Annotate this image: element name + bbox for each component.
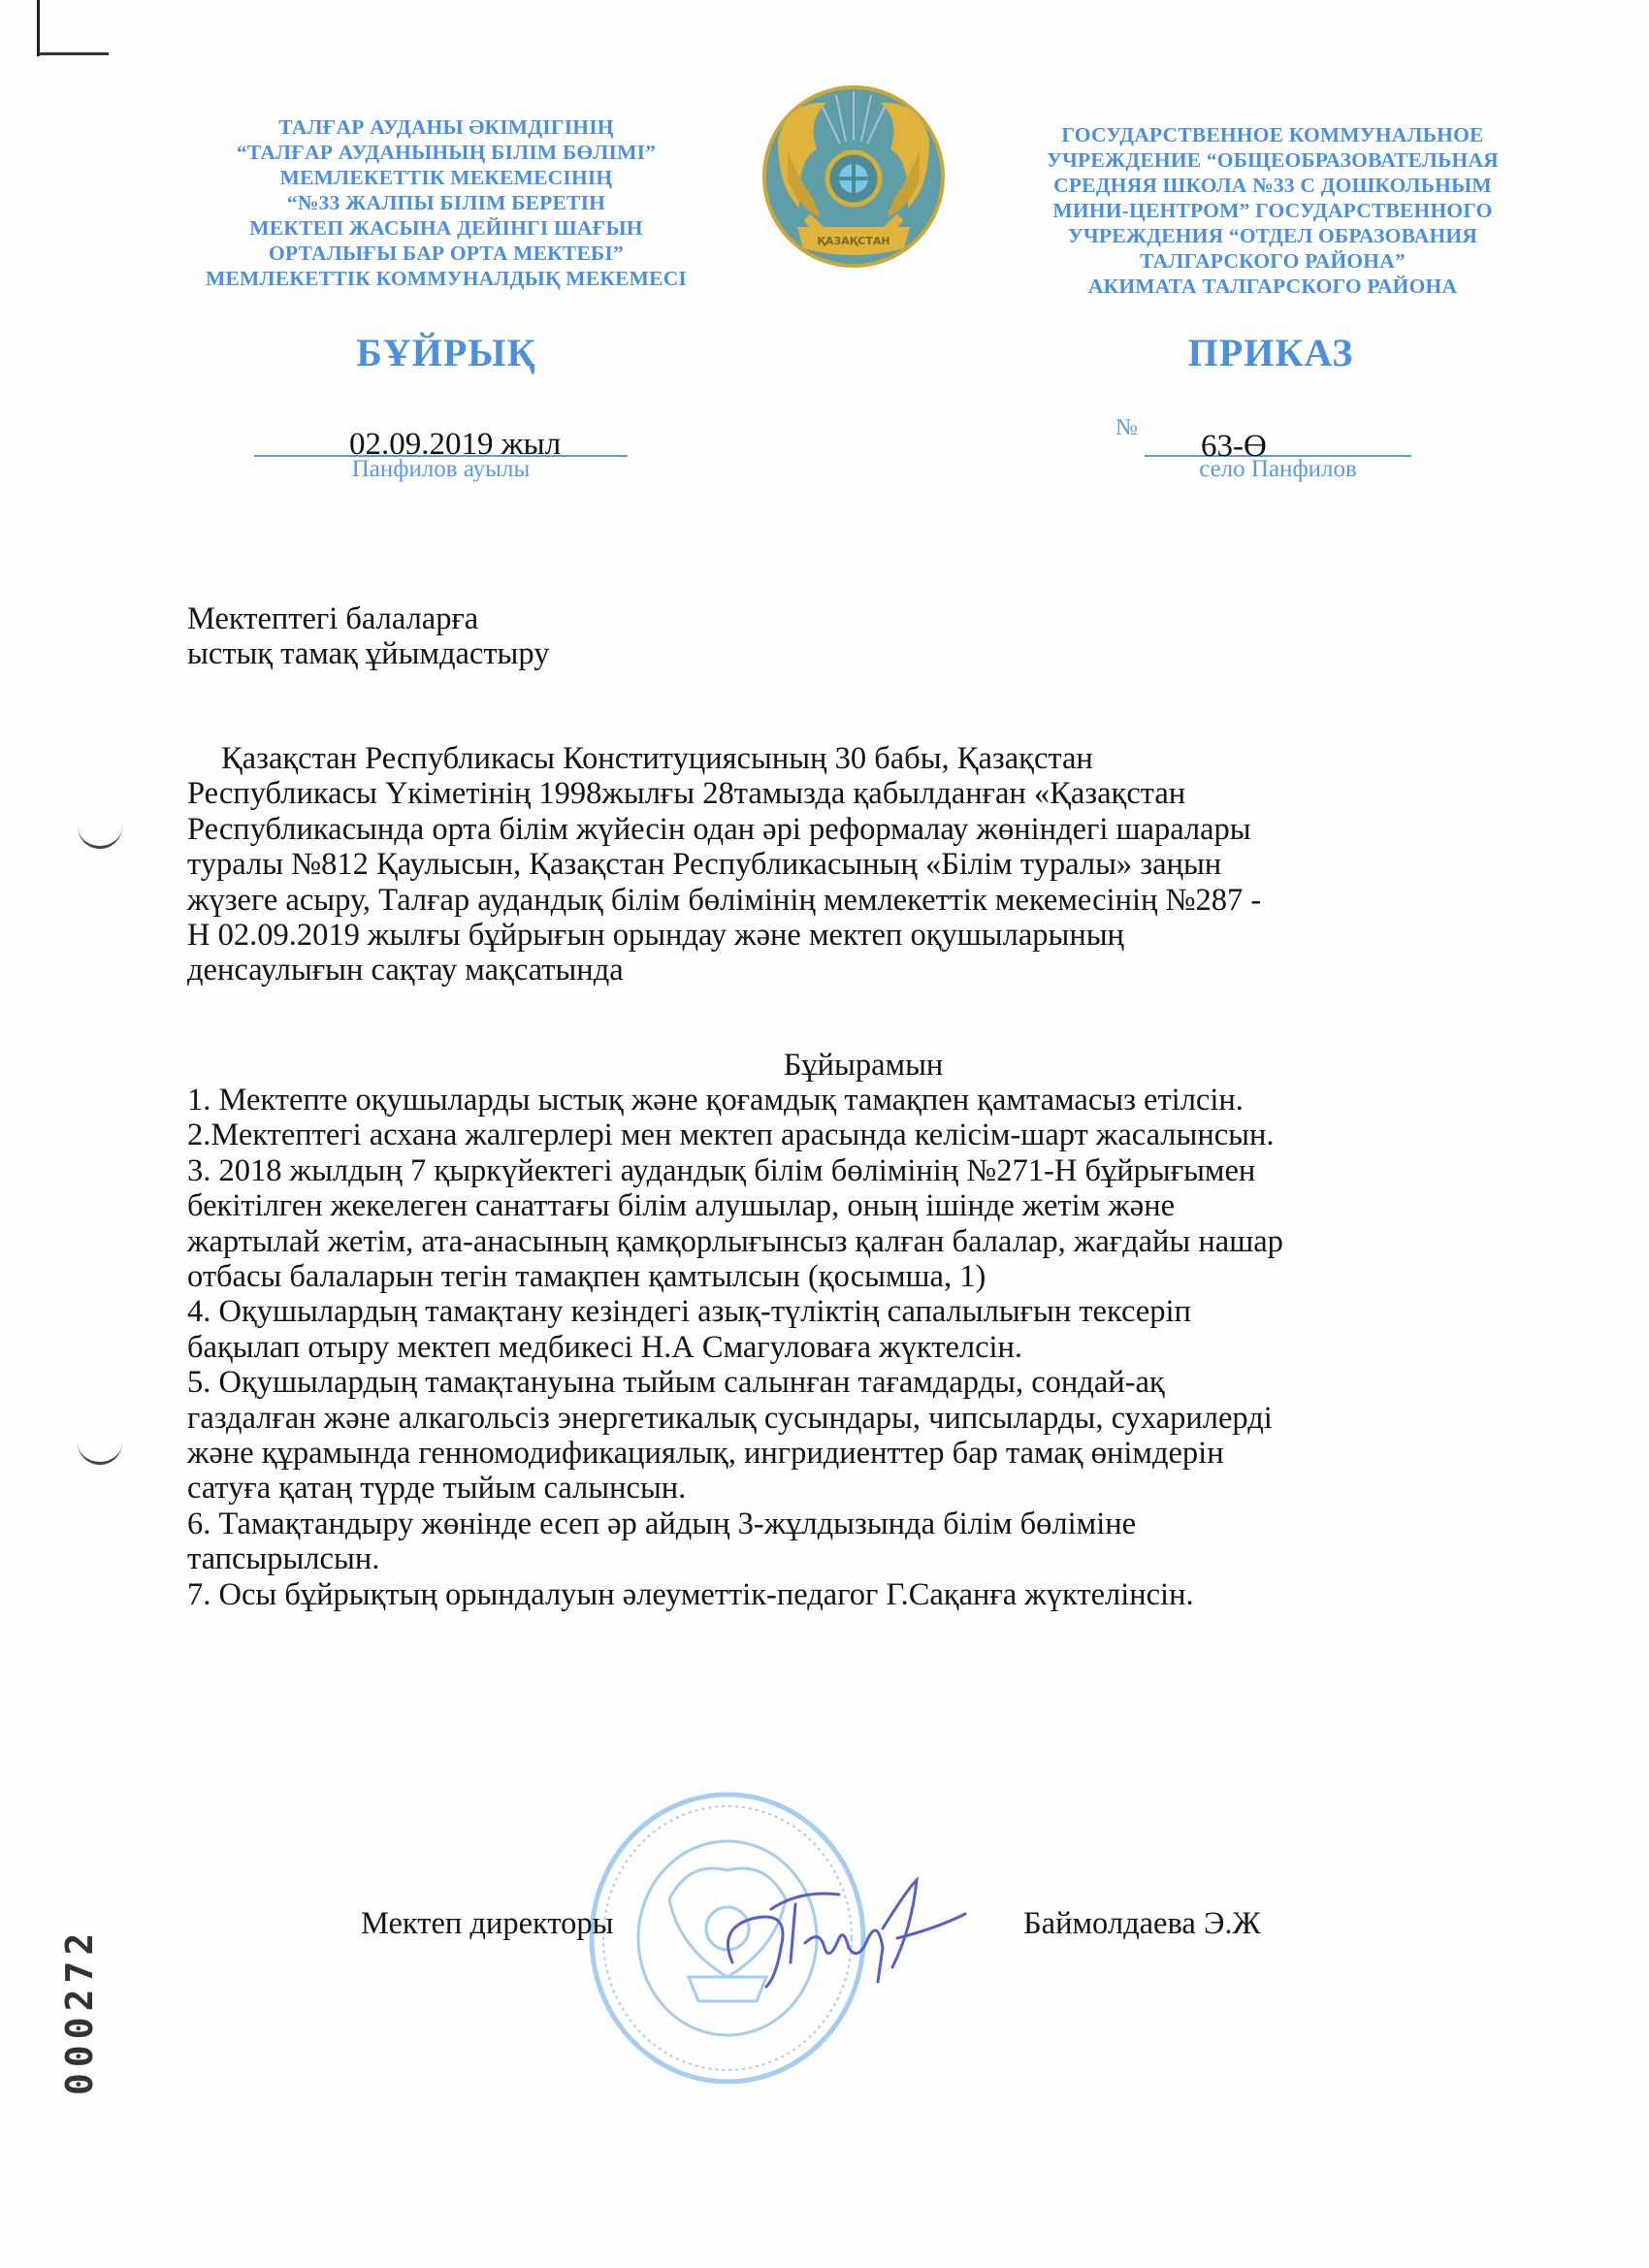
order-items: 1. Мектепте оқушыларды ыстық және қоғамд… [187, 1083, 1283, 1612]
order-subject: Мектептегі балаларға ыстық тамақ ұйымдас… [187, 601, 549, 672]
preamble-line: Республикасы Үкіметінің 1998жылғы 28тамы… [187, 776, 1261, 811]
scanned-document-page: ТАЛҒАР АУДАНЫ ӘКІМДІГІНІҢ “ТАЛҒАР АУДАНЫ… [0, 0, 1649, 2268]
order-item-line: тапсырылсын. [187, 1541, 1283, 1576]
order-item-line: 4. Оқушылардың тамақтану кезіндегі азық-… [187, 1294, 1283, 1329]
signatory-name: Баймолдаева Э.Ж [1023, 1906, 1261, 1941]
letterhead-line: “ТАЛҒАР АУДАНЫНЫҢ БІЛІМ БӨЛІМІ” [145, 140, 747, 165]
signatory-role: Мектеп директоры [361, 1906, 613, 1941]
handwritten-signature-icon [713, 1870, 975, 2001]
letterhead-line: ТАЛГАРСКОГО РАЙОНА” [982, 248, 1564, 274]
order-item-line: сатуға қатаң түрде тыйым салынсын. [187, 1471, 1283, 1506]
place-kazakh: Панфилов ауылы [254, 456, 628, 483]
preamble-line: Қазақстан Республикасы Конституциясының … [187, 741, 1261, 776]
order-item-line: 7. Осы бұйрықтың орындалуын әлеуметтік-п… [187, 1577, 1283, 1612]
letterhead-line: УЧРЕЖДЕНИЕ “ОБЩЕОБРАЗОВАТЕЛЬНАЯ [982, 147, 1564, 173]
letterhead-russian: ГОСУДАРСТВЕННОЕ КОММУНАЛЬНОЕ УЧРЕЖДЕНИЕ … [982, 122, 1564, 299]
letterhead-line: МЕМЛЕКЕТТІК КОММУНАЛДЫҚ МЕКЕМЕСІ [145, 266, 747, 291]
state-emblem-icon: ҚАЗАҚСТАН [759, 81, 949, 272]
letterhead-line: ТАЛҒАР АУДАНЫ ӘКІМДІГІНІҢ [145, 114, 747, 140]
preamble-line: денсаулығын сақтау мақсатында [187, 953, 1261, 988]
letterhead-line: МЕКТЕП ЖАСЫНА ДЕЙІНГІ ШАҒЫН [145, 215, 747, 241]
preamble-paragraph: Қазақстан Республикасы Конституциясының … [187, 741, 1261, 988]
order-item-line: бақылап отыру мектеп медбикесі Н.А Смагу… [187, 1330, 1283, 1365]
order-item-line: 1. Мектепте оқушыларды ыстық және қоғамд… [187, 1083, 1283, 1118]
order-item-line: 2.Мектептегі асхана жалгерлері мен мекте… [187, 1118, 1283, 1152]
order-item-line: отбасы балаларын тегін тамақпен қамтылсы… [187, 1259, 1283, 1294]
letterhead-line: СРЕДНЯЯ ШКОЛА №33 С ДОШКОЛЬНЫМ [982, 173, 1564, 198]
place-russian: село Панфилов [1145, 456, 1411, 483]
order-item-line: жартылай жетім, ата-анасының қамқорлығын… [187, 1224, 1283, 1259]
order-item-line: 3. 2018 жылдың 7 қыркүйектегі аудандық б… [187, 1153, 1283, 1188]
preamble-line: туралы №812 Қаулысын, Қазақстан Республи… [187, 847, 1261, 882]
order-word: Бұйырамын [679, 1048, 1048, 1083]
order-item-line: 5. Оқушылардың тамақтануына тыйым салынғ… [187, 1365, 1283, 1400]
scan-edge-mark [37, 0, 40, 56]
subject-line: Мектептегі балаларға [187, 601, 549, 636]
order-item-line: және құрамында генномодификациялық, ингр… [187, 1436, 1283, 1471]
number-sign: № [1115, 415, 1138, 441]
letterhead-line: АКИМАТА ТАЛГАРСКОГО РАЙОНА [982, 274, 1564, 299]
preamble-line: Республикасында орта білім жүйесін одан … [187, 812, 1261, 847]
subject-line: ыстық тамақ ұйымдастыру [187, 636, 549, 671]
letterhead-line: УЧРЕЖДЕНИЯ “ОТДЕЛ ОБРАЗОВАНИЯ [982, 223, 1564, 248]
order-title-kazakh: БҰЙРЫҚ [252, 330, 640, 375]
punch-hole-mark [78, 823, 122, 849]
letterhead-line: МИНИ-ЦЕНТРОМ” ГОСУДАРСТВЕННОГО [982, 198, 1564, 223]
order-item-line: 6. Тамақтандыру жөнінде есеп әр айдың 3-… [187, 1507, 1283, 1541]
letterhead-line: ГОСУДАРСТВЕННОЕ КОММУНАЛЬНОЕ [982, 122, 1564, 147]
serial-number: 000272 [58, 1960, 97, 2095]
preamble-line: Н 02.09.2019 жылғы бұйрығын орындау және… [187, 918, 1261, 953]
scan-edge-mark [39, 52, 109, 55]
preamble-line: жүзеге асыру, Талғар аудандық білім бөлі… [187, 883, 1261, 918]
order-title-russian: ПРИКАЗ [1077, 330, 1465, 375]
punch-hole-mark [78, 1439, 122, 1465]
order-item-line: бекітілген жекелеген санаттағы білім алу… [187, 1188, 1283, 1223]
svg-text:ҚАЗАҚСТАН: ҚАЗАҚСТАН [817, 235, 889, 247]
order-item-line: газдалған және алкагольсіз энергетикалық… [187, 1401, 1283, 1436]
letterhead-kazakh: ТАЛҒАР АУДАНЫ ӘКІМДІГІНІҢ “ТАЛҒАР АУДАНЫ… [145, 114, 747, 291]
letterhead-line: ОРТАЛЫҒЫ БАР ОРТА МЕКТЕБІ” [145, 241, 747, 266]
letterhead-line: МЕМЛЕКЕТТІК МЕКЕМЕСІНІҢ [145, 165, 747, 190]
letterhead-line: “№33 ЖАЛПЫ БІЛІМ БЕРЕТІН [145, 190, 747, 215]
